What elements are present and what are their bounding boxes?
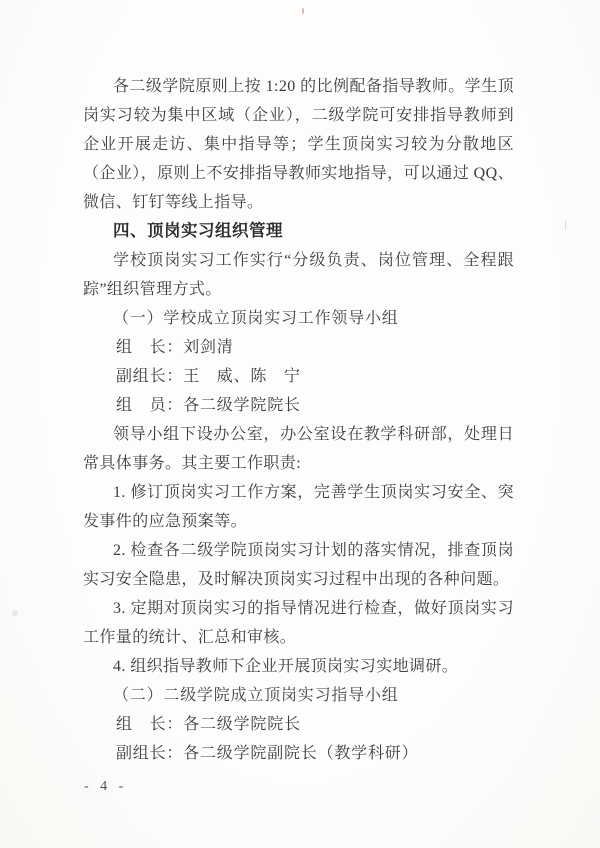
member-line-members: 组 员：各二级学院院长 [83, 391, 514, 420]
member-line-deputy-2: 副组长：各二级学院副院长（教学科研） [83, 739, 514, 768]
numbered-item-3: 3. 定期对顶岗实习的指导情况进行检查，做好顶岗实习工作量的统计、汇总和审核。 [83, 594, 514, 652]
paragraph-ratio-guidance: 各二级学院原则上按 1:20 的比例配备指导教师。学生顶岗实习较为集中区域（企业… [83, 72, 514, 217]
document-body: 各二级学院原则上按 1:20 的比例配备指导教师。学生顶岗实习较为集中区域（企业… [83, 72, 514, 768]
member-line-leader-2: 组 长：各二级学院院长 [83, 710, 514, 739]
member-line-leader: 组 长：刘剑清 [83, 333, 514, 362]
page-number: - 4 - [84, 779, 127, 795]
paragraph-office-duties: 领导小组下设办公室，办公室设在教学科研部，处理日常具体事务。其主要工作职责: [83, 420, 514, 478]
numbered-item-2: 2. 检查各二级学院顶岗实习计划的落实情况，排查顶岗实习安全隐患，及时解决顶岗实… [83, 536, 514, 594]
scan-speck-icon [565, 221, 566, 230]
member-line-deputy: 副组长：王 威、陈 宁 [83, 362, 514, 391]
numbered-item-1: 1. 修订顶岗实习工作方案，完善学生顶岗实习安全、突发事件的应急预案等。 [83, 478, 514, 536]
subsection-heading-1: （一）学校成立顶岗实习工作领导小组 [83, 304, 514, 333]
paragraph-management-mode: 学校顶岗实习工作实行“分级负责、岗位管理、全程跟踪”组织管理方式。 [83, 246, 514, 304]
scan-speck-icon [302, 8, 304, 14]
section-heading-4: 四、顶岗实习组织管理 [83, 217, 514, 246]
numbered-item-4: 4. 组织指导教师下企业开展顶岗实习实地调研。 [83, 652, 514, 681]
scanned-document-page: 各二级学院原则上按 1:20 的比例配备指导教师。学生顶岗实习较为集中区域（企业… [0, 0, 600, 848]
scan-speck-icon [12, 610, 18, 616]
subsection-heading-2: （二）二级学院成立顶岗实习指导小组 [83, 681, 514, 710]
